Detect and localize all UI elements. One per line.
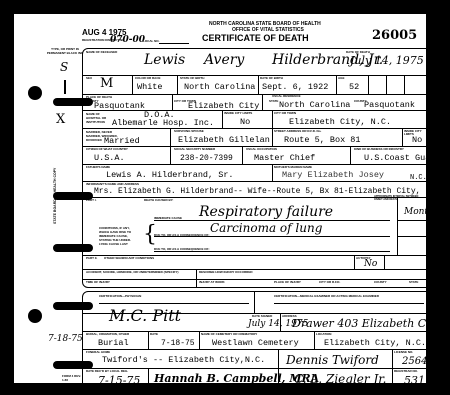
pod-inside-limits-label: INSIDE CITY LIMITS — [224, 112, 252, 115]
age-label: AGE — [338, 77, 345, 80]
punch-hole — [28, 86, 42, 100]
decedent-sex: M — [100, 76, 113, 91]
underlying-cause: Carcinoma of lung — [210, 221, 322, 235]
scan-border-left — [0, 0, 14, 395]
decedent-birthplace: North Carolina — [184, 83, 255, 92]
mother-name: Mary Elizabeth Josey — [282, 171, 384, 180]
punch-hole — [28, 309, 42, 323]
decedent-age: 52 — [349, 83, 359, 92]
city-rfd-label: CITY OR R.F.D. — [319, 281, 340, 284]
document-title: CERTIFICATE OF DEATH — [202, 33, 309, 43]
scan-border-right — [426, 0, 450, 395]
side-label: STATE BOARD OF HEALTH COPY — [54, 168, 57, 224]
date-of-death: July 14, 1975 — [350, 54, 424, 67]
cemetery-label: NAME OF CEMETERY OR CREMATORY — [201, 333, 257, 336]
autopsy-value: No — [364, 259, 377, 269]
other-conditions-label: OTHER SIGNIFICANT CONDITIONS — [104, 257, 154, 260]
physician-signature: M.C. Pitt — [109, 306, 181, 325]
hospital-label: NAME OF HOSPITAL OR INSTITUTION — [86, 112, 110, 124]
birthplace-label: STATE OF BIRTH — [180, 77, 204, 80]
place-injury-label: PLACE OF INJURY — [274, 281, 301, 284]
informant-label: INFORMANT'S NAME AND ADDRESS — [86, 183, 139, 186]
accident-label: ACCIDENT, SUICIDE, HOMICIDE, OR UNDETERM… — [86, 271, 179, 274]
cemetery-location: Elizabeth City, N.C. — [324, 339, 426, 348]
margin-date-filed: 7-18-75 — [48, 334, 83, 344]
funeral-home: Twiford's -- Elizabeth City,N.C. — [102, 356, 265, 365]
decedent-middle-name: Avery — [204, 52, 244, 68]
street-label: STREET ADDRESS OR R.F.D. No. — [274, 130, 321, 133]
name-label: NAME OF DECEASED — [86, 51, 117, 54]
street-address: Route 5, Box 81 — [284, 136, 361, 145]
ssn-label: SOCIAL SECURITY NUMBER — [174, 148, 215, 151]
date-received-label: DATE REC'D BY LOCAL REG. — [86, 370, 128, 373]
residence-state-label: STATE — [269, 100, 278, 103]
death-certificate-page: AUG 4 1975 REGISTRATION DISTRICT NO. 070… — [14, 14, 439, 394]
marital-status: Married — [104, 137, 140, 146]
father-label: FATHER'S NAME — [86, 166, 110, 169]
cemetery-name: Westlawn Cemetery — [212, 339, 299, 348]
spouse-name: Elizabeth Gillelan — [178, 136, 270, 145]
registrar-no-label: REGISTRAR NO. — [394, 370, 418, 373]
residence-state: North Carolina — [279, 101, 350, 110]
license-label: LICENSE NO. — [394, 351, 413, 354]
sex-label: SEX — [86, 77, 92, 80]
residence-county: Pasquotank — [364, 101, 415, 110]
citizen-label: CITIZEN OF WHAT COUNTRY — [86, 148, 128, 151]
burial-label: BURIAL, CREMATION, OTHER — [86, 333, 129, 336]
medical-examiner-label: CERTIFICATION—MEDICAL EXAMINER OR ACTING… — [274, 295, 379, 298]
occupation: Master Chief — [254, 154, 315, 163]
part2-label: PART II. — [86, 257, 97, 260]
father-name: Lewis A. Hilderbrand, Sr. — [106, 171, 234, 180]
license-number: 2564 — [402, 356, 427, 367]
margin-mark-s: S — [60, 60, 68, 74]
residence-city-label: CITY OR TOWN — [274, 112, 296, 115]
residence-label: USUAL RESIDENCE — [272, 95, 301, 98]
conditions-note: CONDITIONS, IF ANY, WHICH GAVE RISE TO I… — [99, 226, 139, 246]
physician-cert-label: CERTIFICATION—PHYSICIAN — [99, 295, 141, 298]
margin-mark-1 — [64, 80, 66, 94]
funeral-director-signature: Dennis Twiford — [286, 353, 379, 367]
mother-label: MOTHER'S MAIDEN NAME — [274, 166, 312, 169]
burial-method: Burial — [98, 339, 129, 348]
ssn: 238-20-7399 — [180, 154, 233, 163]
disposition-date-label: DATE — [150, 333, 158, 336]
funeral-home-label: FUNERAL HOME — [86, 351, 110, 354]
location-label: LOCATION — [316, 333, 331, 336]
decedent-dob: Sept. 6, 1922 — [262, 83, 328, 92]
time-injury-label: TIME OF INJURY — [86, 281, 110, 284]
decedent-race: White — [137, 83, 163, 92]
margin-mark-x: X — [56, 112, 65, 127]
local-no-label: LOCAL NO. — [143, 40, 159, 43]
race-label: COLOR OR RACE — [135, 77, 161, 80]
scan-border-bottom — [0, 383, 450, 395]
decedent-first-name: Lewis — [144, 52, 185, 68]
hospital-name: Albemarle Hosp. Inc. — [112, 119, 214, 128]
describe-injury-label: DESCRIBE HOW INJURY OCCURRED — [199, 271, 253, 274]
residence-inside-limits: No — [412, 136, 422, 145]
occupation-label: USUAL OCCUPATION — [246, 148, 277, 151]
death-caused-by-label: DEATH CAUSED BY: — [144, 199, 173, 202]
disposition-date: 7-18-75 — [161, 339, 195, 348]
injury-county-label: COUNTY — [374, 281, 387, 284]
decedent-section — [82, 48, 430, 288]
residence-city: Elizabeth City, N.C. — [289, 118, 391, 127]
form-footer-note: FORM 4 REV. 1-66 — [62, 374, 82, 382]
dob-label: DATE OF BIRTH — [260, 77, 283, 80]
registration-district-value: 070-00 — [110, 35, 145, 45]
injury-at-work-label: INJURY AT WORK — [199, 281, 225, 284]
date-signed-label: DATE SIGNED — [252, 315, 272, 318]
citizen-country: U.S.A. — [94, 154, 125, 163]
injury-state-label: STATE — [409, 281, 418, 284]
part1-label: PART I. — [86, 199, 96, 202]
certificate-number: 26005 — [372, 28, 417, 43]
interval-label: APPROXIMATE INTERVAL BETWEEN ONSET AND D… — [374, 195, 424, 201]
industry-label: KIND OF BUSINESS OR INDUSTRY — [354, 148, 404, 151]
immediate-cause: Respiratory failure — [199, 204, 333, 220]
pod-inside-limits: No — [240, 118, 250, 127]
spouse-label: SURVIVING SPOUSE — [174, 130, 204, 133]
informant: Mrs. Elizabeth G. Hilderbrand-- Wife--Ro… — [94, 187, 420, 196]
